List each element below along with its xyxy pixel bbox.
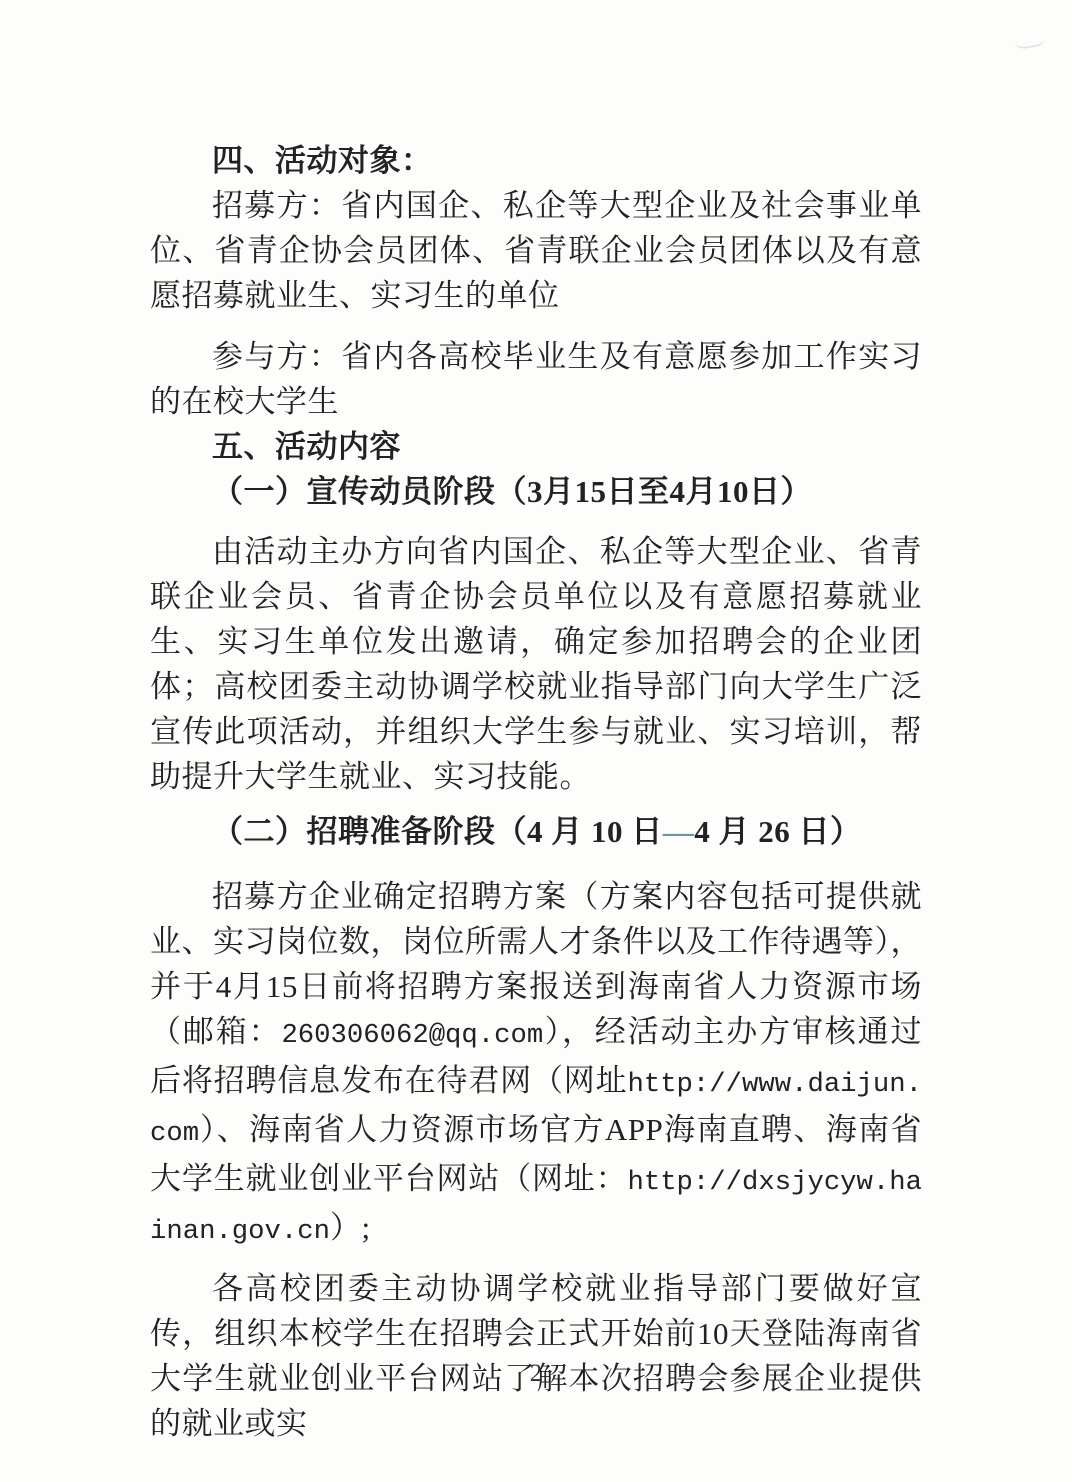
paragraph-participant-side: 参与方：省内各高校毕业生及有意愿参加工作实习的在校大学生 [150, 334, 922, 424]
section-heading-activity-targets: 四、活动对象： [150, 138, 922, 183]
subheading-phase2-preparation: （二）招聘准备阶段（4 月 10 日—4 月 26 日） [150, 809, 922, 854]
section-heading-activity-content: 五、活动内容 [150, 424, 922, 469]
contact-email-address: 260306062@qq.com [281, 1020, 543, 1051]
phase2-heading-text-start: （二）招聘准备阶段（4 月 10 日 [212, 814, 663, 849]
paragraph-phase2-university-publicity: 各高校团委主动协调学校就业指导部门要做好宣传，组织本校学生在招聘会正式开始前10… [150, 1266, 922, 1446]
phase2-heading-dash: — [663, 814, 695, 849]
paragraph-phase1-details: 由活动主办方向省内国企、私企等大型企业、省青联企业会员、省青企协会员单位以及有意… [150, 529, 922, 799]
scanned-document-page: 四、活动对象： 招募方：省内国企、私企等大型企业及社会事业单位、省青企协会员团体… [0, 0, 1072, 1482]
document-body: 四、活动对象： 招募方：省内国企、私企等大型企业及社会事业单位、省青企协会员团体… [150, 138, 922, 1446]
paragraph-phase2-plan-submission: 招募方企业确定招聘方案（方案内容包括可提供就业、实习岗位数，岗位所需人才条件以及… [150, 874, 922, 1254]
subheading-phase1-publicity: （一）宣传动员阶段（3月15日至4月10日） [150, 469, 922, 514]
paragraph-recruiter-side: 招募方：省内国企、私企等大型企业及社会事业单位、省青企协会员团体、省青联企业会员… [150, 183, 922, 318]
phase2-text-segment-4: ）; [330, 1210, 371, 1245]
phase2-heading-text-end: 4 月 26 日） [694, 814, 861, 849]
page-number: 2 [0, 1360, 1072, 1388]
scan-artifact-smudge [1013, 30, 1045, 51]
